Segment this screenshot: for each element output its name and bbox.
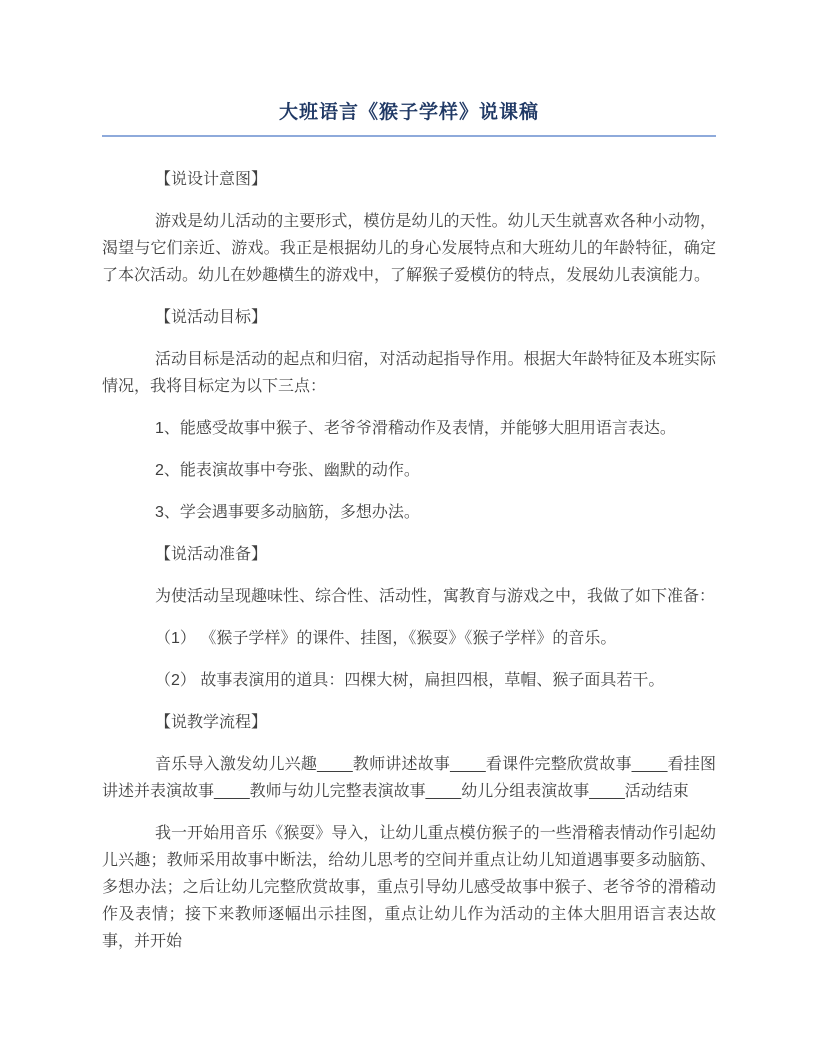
paragraph: 为使活动呈现趣味性、综合性、活动性，寓教育与游戏之中，我做了如下准备：: [102, 583, 716, 610]
list-item: （2） 故事表演用的道具：四棵大树，扁担四根，草帽、猴子面具若干。: [102, 667, 716, 694]
page-title: 大班语言《猴子学样》说课稿: [102, 100, 716, 137]
list-item: 3、学会遇事要多动脑筋，多想办法。: [102, 499, 716, 526]
list-item: （1） 《猴子学样》的课件、挂图，《猴耍》《猴子学样》的音乐。: [102, 625, 716, 652]
section-heading: 【说活动目标】: [102, 304, 716, 331]
document-body: 【说设计意图】 游戏是幼儿活动的主要形式，模仿是幼儿的天性。幼儿天生就喜欢各种小…: [102, 166, 716, 955]
section-heading: 【说设计意图】: [102, 166, 716, 193]
flow-paragraph: 音乐导入激发幼儿兴趣____教师讲述故事____看课件完整欣赏故事____看挂图…: [102, 751, 716, 805]
section-heading: 【说教学流程】: [102, 709, 716, 736]
paragraph: 活动目标是活动的起点和归宿，对活动起指导作用。根据大年龄特征及本班实际情况，我将…: [102, 346, 716, 400]
list-item: 2、能表演故事中夸张、幽默的动作。: [102, 457, 716, 484]
section-heading: 【说活动准备】: [102, 541, 716, 568]
document-page: 大班语言《猴子学样》说课稿 【说设计意图】 游戏是幼儿活动的主要形式，模仿是幼儿…: [0, 0, 816, 1056]
paragraph: 我一开始用音乐《猴耍》导入，让幼儿重点模仿猴子的一些滑稽表情动作引起幼儿兴趣；教…: [102, 820, 716, 955]
list-item: 1、能感受故事中猴子、老爷爷滑稽动作及表情，并能够大胆用语言表达。: [102, 415, 716, 442]
paragraph: 游戏是幼儿活动的主要形式，模仿是幼儿的天性。幼儿天生就喜欢各种小动物，渴望与它们…: [102, 208, 716, 289]
